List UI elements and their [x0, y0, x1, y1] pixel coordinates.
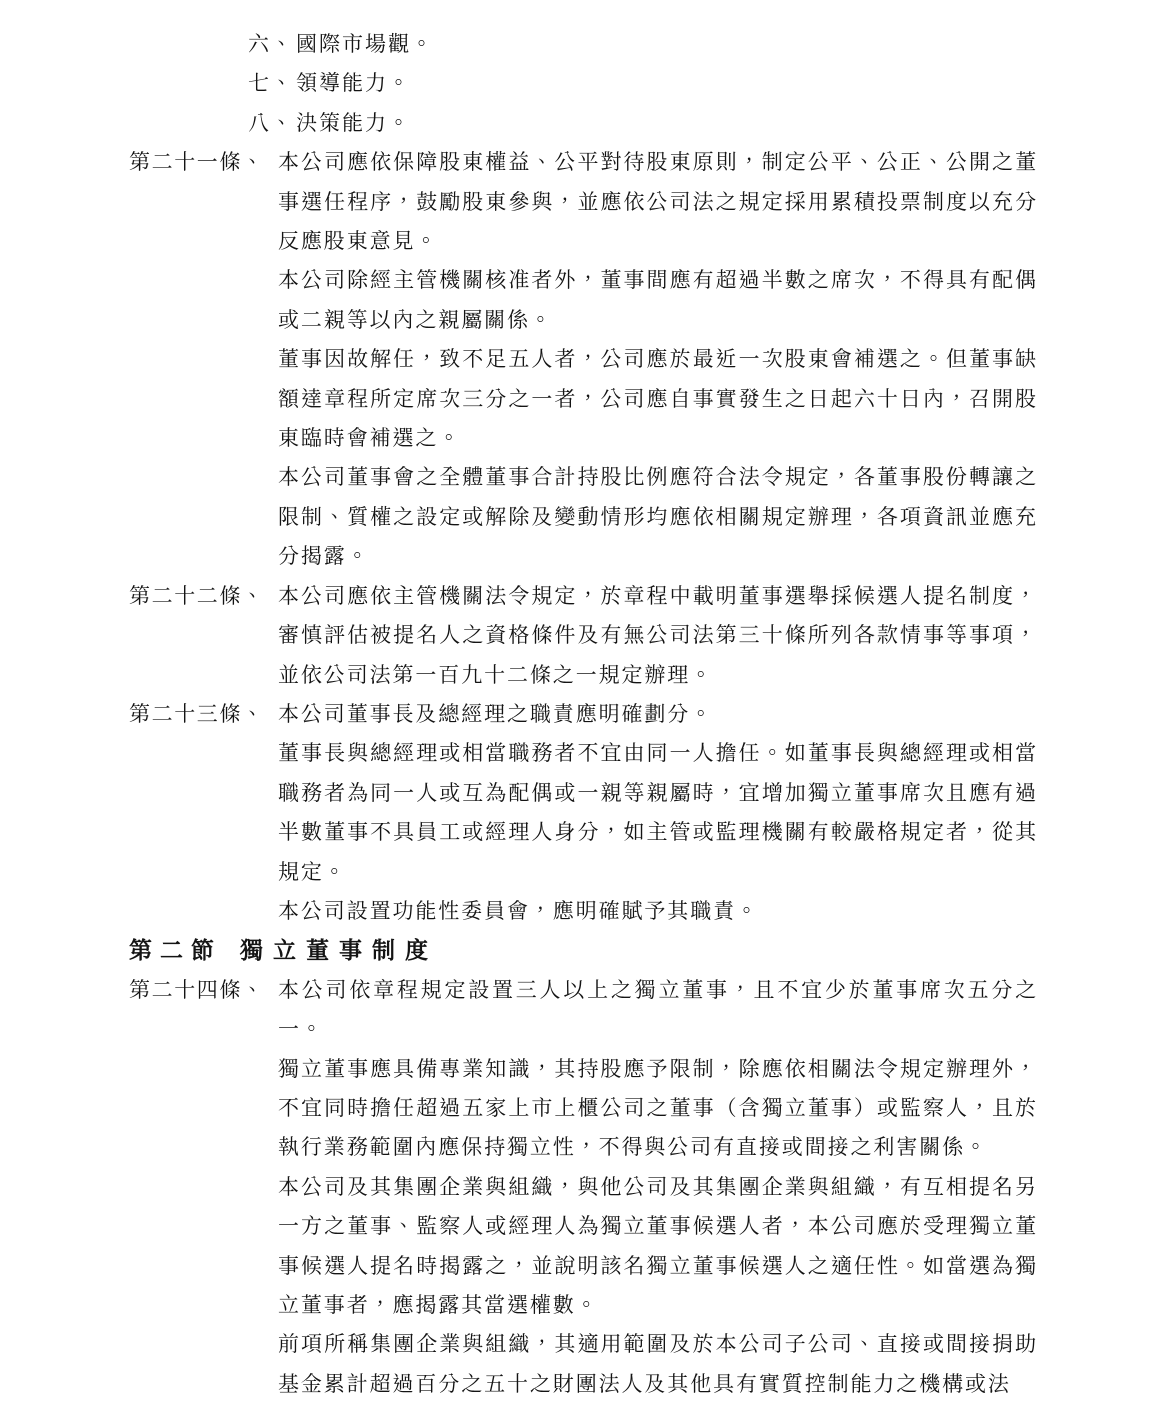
list-item-text: 領導能力。 [296, 71, 411, 95]
article-paragraph: 本公司應依保障股東權益、公平對待股東原則，制定公平、公正、公開之董事選任程序，鼓… [278, 143, 1038, 261]
document-content: 六、國際市場觀。 七、領導能力。 八、決策能力。 第二十一條、 本公司應依保障股… [129, 25, 1038, 1404]
article-label: 第二十一條、 [129, 143, 278, 182]
section-heading: 第二節獨立董事制度 [129, 931, 1038, 970]
article-paragraph: 董事因故解任，致不足五人者，公司應於最近一次股東會補選之。但董事缺額達章程所定席… [278, 340, 1038, 458]
list-item: 六、國際市場觀。 [248, 25, 1038, 64]
article-label: 第二十三條、 [129, 695, 278, 734]
article-paragraph: 本公司應依主管機關法令規定，於章程中載明董事選舉採候選人提名制度，審慎評估被提名… [278, 577, 1038, 695]
list-item-number: 七、 [248, 71, 294, 95]
article-paragraph: 前項所稱集團企業與組織，其適用範圍及於本公司子公司、直接或間接捐助基金累計超過百… [278, 1325, 1038, 1404]
list-item-text: 國際市場觀。 [296, 32, 434, 56]
article-label: 第二十四條、 [129, 971, 278, 1010]
list-item: 八、決策能力。 [248, 104, 1038, 143]
article-body: 本公司應依主管機關法令規定，於章程中載明董事選舉採候選人提名制度，審慎評估被提名… [278, 577, 1038, 695]
article-body: 本公司應依保障股東權益、公平對待股東原則，制定公平、公正、公開之董事選任程序，鼓… [278, 143, 1038, 576]
article-paragraph: 本公司董事長及總經理之職責應明確劃分。 [278, 695, 1038, 734]
document-page: 六、國際市場觀。 七、領導能力。 八、決策能力。 第二十一條、 本公司應依保障股… [0, 0, 1156, 1416]
numbered-list: 六、國際市場觀。 七、領導能力。 八、決策能力。 [248, 25, 1038, 143]
section-title: 獨立董事制度 [240, 938, 438, 963]
article-label: 第二十二條、 [129, 577, 278, 616]
article-21: 第二十一條、 本公司應依保障股東權益、公平對待股東原則，制定公平、公正、公開之董… [129, 143, 1038, 576]
article-paragraph: 董事長與總經理或相當職務者不宜由同一人擔任。如董事長與總經理或相當職務者為同一人… [278, 734, 1038, 892]
article-22: 第二十二條、 本公司應依主管機關法令規定，於章程中載明董事選舉採候選人提名制度，… [129, 577, 1038, 695]
article-body: 本公司依章程規定設置三人以上之獨立董事，且不宜少於董事席次五分之一。 獨立董事應… [278, 971, 1038, 1404]
list-item: 七、領導能力。 [248, 64, 1038, 103]
list-item-number: 八、 [248, 111, 294, 135]
article-23: 第二十三條、 本公司董事長及總經理之職責應明確劃分。 董事長與總經理或相當職務者… [129, 695, 1038, 931]
list-item-text: 決策能力。 [296, 111, 411, 135]
article-paragraph: 本公司董事會之全體董事合計持股比例應符合法令規定，各董事股份轉讓之限制、質權之設… [278, 458, 1038, 576]
article-paragraph: 本公司依章程規定設置三人以上之獨立董事，且不宜少於董事席次五分之一。 [278, 971, 1038, 1050]
list-item-number: 六、 [248, 32, 294, 56]
article-paragraph: 本公司設置功能性委員會，應明確賦予其職責。 [278, 892, 1038, 931]
article-paragraph: 本公司及其集團企業與組織，與他公司及其集團企業與組織，有互相提名另一方之董事、監… [278, 1168, 1038, 1326]
article-paragraph: 本公司除經主管機關核准者外，董事間應有超過半數之席次，不得具有配偶或二親等以內之… [278, 261, 1038, 340]
article-body: 本公司董事長及總經理之職責應明確劃分。 董事長與總經理或相當職務者不宜由同一人擔… [278, 695, 1038, 931]
article-24: 第二十四條、 本公司依章程規定設置三人以上之獨立董事，且不宜少於董事席次五分之一… [129, 971, 1038, 1404]
section-number: 第二節 [129, 938, 222, 963]
article-paragraph: 獨立董事應具備專業知識，其持股應予限制，除應依相關法令規定辦理外，不宜同時擔任超… [278, 1050, 1038, 1168]
